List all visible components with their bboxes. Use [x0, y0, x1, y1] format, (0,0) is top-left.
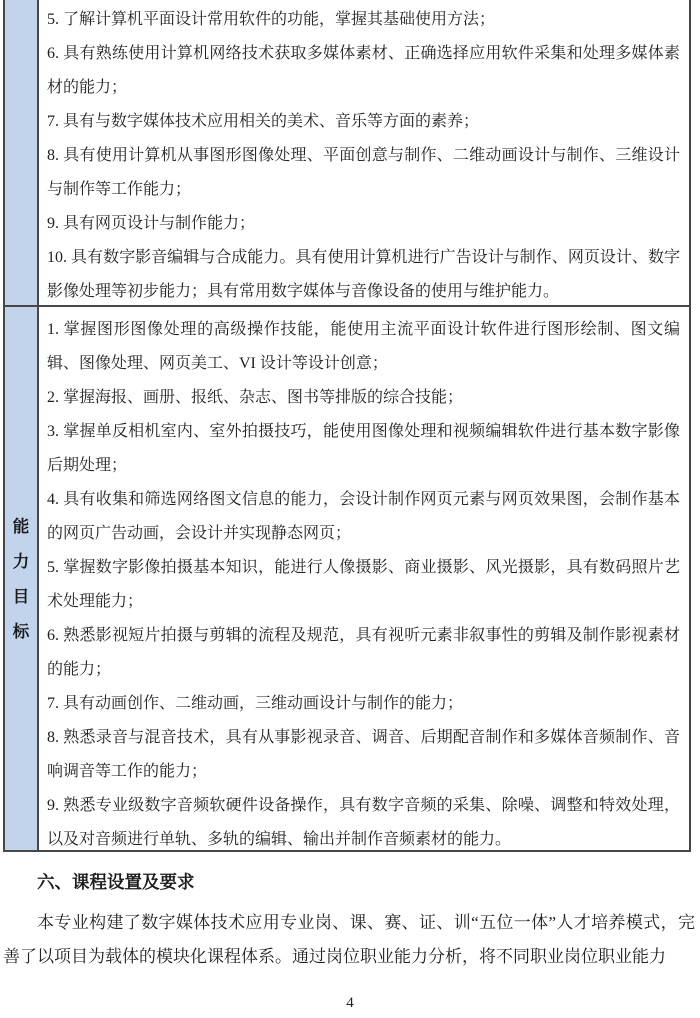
- list-item: 6. 熟悉影视短片拍摄与剪辑的流程及规范，具有视听元素非叙事性的剪辑及制作影视素…: [47, 619, 680, 687]
- list-item: 7. 具有与数字媒体技术应用相关的美术、音乐等方面的素养；: [47, 105, 680, 139]
- list-item: 8. 具有使用计算机从事图形图像处理、平面创意与制作、二维动画设计与制作、三维设…: [47, 139, 680, 207]
- ability-goals-label-char: 能: [13, 509, 30, 544]
- ability-goals-label-char: 力: [13, 544, 30, 579]
- content-cell-continued: 5. 了解计算机平面设计常用软件的功能，掌握其基础使用方法； 6. 具有熟练使用…: [39, 0, 689, 305]
- ability-goals-label-char: 目: [13, 579, 30, 614]
- section-heading: 六、课程设置及要求: [37, 870, 700, 894]
- list-item: 8. 熟悉录音与混音技术，具有从事影视录音、调音、后期配音制作和多媒体音频制作、…: [47, 721, 680, 789]
- list-item: 6. 具有熟练使用计算机网络技术获取多媒体素材、正确选择应用软件采集和处理多媒体…: [47, 37, 680, 105]
- page-number: 4: [0, 995, 700, 1012]
- list-item: 2. 掌握海报、画册、报纸、杂志、图书等排版的综合技能；: [47, 381, 680, 415]
- content-cell-ability-goals: 1. 掌握图形图像处理的高级操作技能，能使用主流平面设计软件进行图形绘制、图文编…: [39, 307, 689, 850]
- table-row-continued: 5. 了解计算机平面设计常用软件的功能，掌握其基础使用方法； 6. 具有熟练使用…: [5, 0, 689, 307]
- list-item: 5. 了解计算机平面设计常用软件的功能，掌握其基础使用方法；: [47, 3, 680, 37]
- body-paragraph: 本专业构建了数字媒体技术应用专业岗、课、赛、证、训“五位一体”人才培养模式，完善…: [3, 906, 695, 973]
- list-item: 1. 掌握图形图像处理的高级操作技能，能使用主流平面设计软件进行图形绘制、图文编…: [47, 313, 680, 381]
- header-cell-ability-goals: 能 力 目 标: [5, 307, 39, 850]
- ability-goals-table: 5. 了解计算机平面设计常用软件的功能，掌握其基础使用方法； 6. 具有熟练使用…: [3, 0, 691, 852]
- list-item: 10. 具有数字影音编辑与合成能力。具有使用计算机进行广告设计与制作、网页设计、…: [47, 241, 680, 305]
- list-item: 5. 掌握数字影像拍摄基本知识，能进行人像摄影、商业摄影、风光摄影，具有数码照片…: [47, 551, 680, 619]
- table-row-ability-goals: 能 力 目 标 1. 掌握图形图像处理的高级操作技能，能使用主流平面设计软件进行…: [5, 307, 689, 850]
- list-item: 3. 掌握单反相机室内、室外拍摄技巧，能使用图像处理和视频编辑软件进行基本数字影…: [47, 415, 680, 483]
- list-item: 9. 具有网页设计与制作能力；: [47, 207, 680, 241]
- list-item: 4. 具有收集和筛选网络图文信息的能力，会设计制作网页元素与网页效果图，会制作基…: [47, 483, 680, 551]
- list-item: 7. 具有动画创作、二维动画，三维动画设计与制作的能力；: [47, 687, 680, 721]
- document-page: 5. 了解计算机平面设计常用软件的功能，掌握其基础使用方法； 6. 具有熟练使用…: [0, 0, 700, 1018]
- list-item: 9. 熟悉专业级数字音频软硬件设备操作，具有数字音频的采集、除噪、调整和特效处理…: [47, 789, 680, 850]
- header-cell-empty: [5, 0, 39, 305]
- ability-goals-label-char: 标: [13, 614, 30, 649]
- section-course-setup: 六、课程设置及要求 本专业构建了数字媒体技术应用专业岗、课、赛、证、训“五位一体…: [0, 852, 700, 973]
